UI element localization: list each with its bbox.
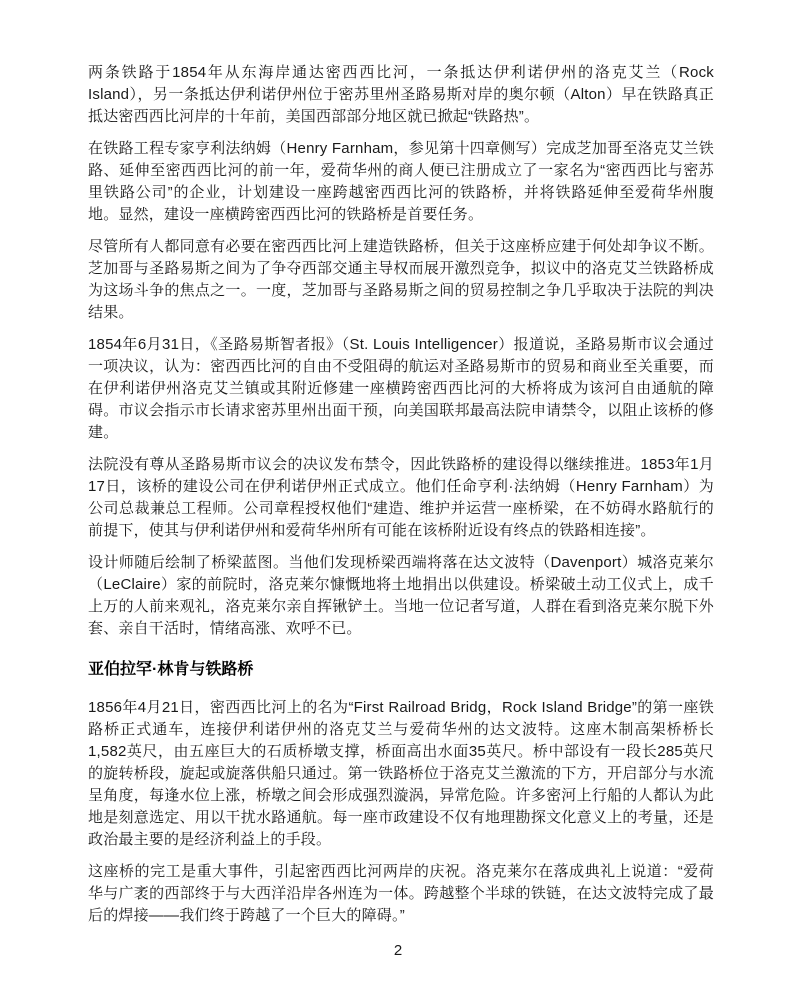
- document-page: 两条铁路于1854年从东海岸通达密西西比河，一条抵达伊利诺伊州的洛克艾兰（Roc…: [0, 0, 796, 1000]
- paragraph-completion-celebration: 这座桥的完工是重大事件，引起密西西比河两岸的庆祝。洛克莱尔在落成典礼上说道：“爱…: [88, 861, 714, 927]
- paragraph-court-charter: 法院没有尊从圣路易斯市议会的决议发布禁令，因此铁路桥的建设得以继续推进。1853…: [88, 454, 714, 542]
- paragraph-bridge-dispute: 尽管所有人都同意有必要在密西西比河上建造铁路桥，但关于这座桥应建于何处却争议不断…: [88, 236, 714, 324]
- paragraph-st-louis-resolution: 1854年6月31日，《圣路易斯智者报》（St. Louis Intellige…: [88, 334, 714, 444]
- section-heading-lincoln: 亚伯拉罕·林肯与铁路桥: [88, 659, 714, 681]
- paragraph-blueprint-leclaire: 设计师随后绘制了桥梁蓝图。当他们发现桥梁西端将落在达文波特（Davenport）…: [88, 552, 714, 640]
- page-content: 两条铁路于1854年从东海岸通达密西西比河，一条抵达伊利诺伊州的洛克艾兰（Roc…: [88, 62, 714, 937]
- paragraph-bridge-opening: 1856年4月21日，密西西比河上的名为“First Railroad Brid…: [88, 697, 714, 851]
- paragraph-railroads-1854: 两条铁路于1854年从东海岸通达密西西比河，一条抵达伊利诺伊州的洛克艾兰（Roc…: [88, 62, 714, 128]
- page-number: 2: [0, 942, 796, 959]
- paragraph-farnham-company: 在铁路工程专家亨利法纳姆（Henry Farnham，参见第十四章侧写）完成芝加…: [88, 138, 714, 226]
